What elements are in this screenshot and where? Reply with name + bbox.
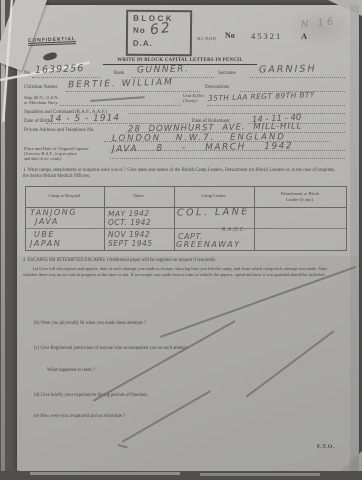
field-underline (110, 150, 345, 151)
paper-right-shade (350, 5, 359, 471)
block-stamp-line2: No (133, 26, 146, 35)
field-underline (66, 91, 200, 92)
lower-half-shade (17, 256, 359, 471)
field-label-christian-names: Christian Names (24, 85, 57, 90)
field-underline (128, 113, 345, 114)
field-underline (248, 123, 345, 124)
field-label-unit-line2: (Army) (183, 98, 197, 103)
field-label-ship-line2: or Merchant Navy (24, 100, 58, 105)
field-label-address: Private Address and Telephone No. (24, 128, 95, 133)
table-row-line (26, 228, 346, 229)
table-row1-dates-line1: MAY 1942 (108, 209, 150, 219)
field-underline (240, 91, 345, 92)
block-stamp-line3: D.A. (133, 39, 153, 48)
field-label-service-no: No. (24, 71, 31, 76)
table-row1-camp-line2: JAVA (35, 217, 59, 226)
form-number: 45321 (251, 31, 282, 41)
table-header-camp: Camp or Hospital. (26, 193, 104, 198)
form-number-suffix: A (301, 31, 307, 41)
question-2d-text: (d) Give briefly your experiences during… (34, 393, 148, 398)
field-label-surname: Surname (218, 71, 236, 76)
question-2c-text: (c) Give Regimental particulars of anyon… (34, 346, 188, 351)
turn-over-note: F.T.O. (317, 444, 335, 450)
table-header-dates: Dates. (104, 193, 174, 198)
table-header-detachment-line2: Leader (if any). (254, 197, 346, 202)
field-label-decorations: Decorations (205, 85, 229, 90)
question-2c-followup-text: What happened to them ? (47, 368, 95, 373)
form-number-label: No (225, 31, 235, 40)
dept-ref-label: M.I. 9(JAP) (197, 36, 216, 41)
table-row2-camp-line2: JAPAN (30, 239, 61, 248)
table-row1-leader: COL. LANE (177, 206, 250, 218)
field-underline (126, 132, 345, 133)
field-value-surname: GARNISH (259, 63, 317, 75)
table-row1-dates-line2: OCT. 1942 (108, 218, 151, 227)
field-underline (32, 77, 100, 78)
question-2b-text: (b) Were you physically fit when you mad… (34, 321, 146, 326)
page-edge-sliver (1, 0, 5, 480)
table-row2-leader-name: GREENAWAY (176, 240, 241, 249)
bottom-light-band-right (200, 473, 320, 476)
table-row2-leader-corps: R.A.O.C. (222, 228, 246, 233)
table-header-leader: Camp Leader. (174, 193, 254, 198)
field-value-service-no: 1639256 (35, 63, 85, 76)
table-row2-dates-line2: SEPT 1945 (108, 239, 153, 248)
confidential-stamp: CONFIDENTIAL (28, 36, 76, 46)
question-2a-text: (a) Give full description and approx. da… (23, 266, 343, 277)
field-label-capture-line3: and date of a/c crash). (24, 156, 62, 161)
table-row2-dates-line1: NOV 1942 (108, 230, 150, 239)
field-label-rank: Rank (114, 71, 125, 76)
scanned-pow-questionnaire: CONFIDENTIAL BLOCK No D.A. 62 M.I. 9(JAP… (0, 0, 362, 480)
field-value-rank: GUNNER. (137, 65, 189, 76)
question-1-text: 1. What camps, detachments or hospitals … (23, 168, 341, 179)
field-underline (110, 158, 345, 159)
field-underline (250, 77, 345, 78)
camps-table: Camp or Hospital. Dates. Camp Leader. De… (25, 186, 347, 251)
table-row1-camp-line1: TANJONG (30, 208, 77, 218)
table-row2-camp-line1: UBE (34, 230, 55, 239)
bottom-light-band-left (30, 472, 180, 475)
field-underline (132, 77, 214, 78)
table-header-detachment-line1: Detachment or Block (254, 191, 346, 196)
field-underline (207, 105, 345, 106)
field-underline (60, 105, 180, 106)
question-2e-text: (e) How were you recaptured and on what … (34, 414, 125, 419)
question-2-heading: 2. ESCAPES OR ATTEMPTED ESCAPES. (Additi… (23, 258, 341, 263)
field-underline (104, 141, 330, 142)
field-underline (46, 123, 190, 124)
block-number-handwritten: 62 (149, 20, 173, 39)
